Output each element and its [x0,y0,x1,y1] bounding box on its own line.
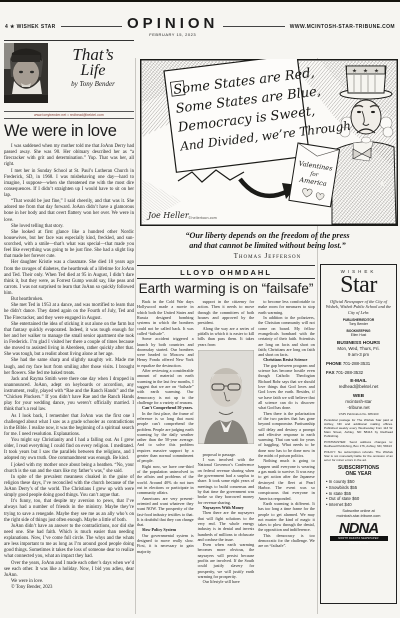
paragraph: Periodical postage for The Wishek Star p… [324,419,393,438]
paragraph: Some accident triggered a launch by both… [137,336,194,368]
tony-bender-portrait [4,43,48,103]
cartoonist-website: ©hellertoon.com [188,216,218,220]
omdahl-headline: Earth warming is on “failsafe” [137,281,315,296]
paragraph: support in the citizenry for action. The… [198,299,255,326]
hat-star-2: ★ [363,68,368,75]
omdahl-col2-bottom: proposal to passage.I was involved with … [198,452,255,585]
thats-life-title: That’s Life by Tony Bender [52,43,134,108]
paragraph: POSTMASTER: Send address changes to: Red… [324,441,393,449]
email-address: redhead@bektel.net [324,384,393,390]
fax-number: 701-288-3532 [336,370,363,375]
paragraph: Americans are very present-oriented and … [137,496,194,528]
hat-star-3: ★ [374,68,379,75]
paragraph: I met her in Sunday School at St. Paul’s… [4,169,134,200]
hat-star-1: ★ [352,68,357,75]
cartoonist-signature: Joe Heller [146,211,190,220]
paragraph: Our lifestyle will have [198,579,255,584]
publisher-name: Tony Bender [324,322,393,326]
paragraph: Even when earth warming becomes more obv… [198,542,255,579]
sidebar-official-text: Official Newspaper of the City of Wishek… [324,299,393,315]
paragraph: I joked with my mother once about being … [4,463,134,475]
paragraph: In the first place, the frame of referen… [137,411,194,464]
fine-print-block: Periodical postage for The Wishek Star p… [324,419,393,463]
paragraph: Jack and Rayma Smith were there one day … [4,377,134,414]
author-contact-line: www.tonybender.net • redhead@bektel.com [4,111,134,119]
title-line-1: That’s [52,47,134,63]
paragraph: • Internet $40 [326,502,393,508]
issue-date: FEBRUARY 15, 2023 [127,33,218,37]
masthead-rule-left [61,26,122,27]
section-title: OPINION [127,16,218,31]
paragraph: Christians Resist Science [258,357,315,362]
thats-life-body: I was saddened when my mother told me th… [4,144,134,591]
phone-number: 701-288-3531 [343,361,370,366]
subscription-rates-list: • In county $50• Snowbirds $55• In state… [324,479,393,508]
paragraph: She entertained the idea of sticking it … [4,322,134,359]
paragraph: I was saddened when my mother told me th… [4,144,134,169]
business-hours-time: 9 am-3 pm [324,352,393,358]
omdahl-article: LLOYD OHMDAHL Earth warming is on “fails… [137,265,315,585]
valentines-for-america-card: Valentines for America [289,143,340,207]
paragraph: In spite of the prevalent meanness cloak… [4,475,134,500]
paragraph: You might say Christianity and I had a f… [4,438,134,463]
paragraph: JoAnn didn’t have an answer to the contr… [4,524,134,561]
quote-attribution: Thomas Jefferson [137,253,398,261]
paragraph: Nothing much is going to happen until ev… [258,458,315,501]
editorial-cartoon: ★ ★ ★ ★ Some States are Red, Some States… [140,59,398,226]
thats-life-column: That’s Life by Tony Bender www.tonybende… [4,40,134,591]
quote-line-1: “Our liberty depends on the freedom of t… [137,231,398,241]
column-divider-left [135,58,136,614]
jefferson-quote: “Our liberty depends on the freedom of t… [137,231,398,261]
newspaper-opinion-page: { "colors": { "ink": "#1c1c1c", "paper":… [0,0,400,618]
thats-life-header: That’s Life by Tony Bender [4,40,134,108]
phone-label: PHONE [326,361,342,366]
page-masthead: 4 ★ WISHEK STAR OPINION FEBRUARY 15, 202… [5,16,395,37]
paragraph: “That would be just fine,” I said cheeri… [4,199,134,224]
paragraph: It’s funny, too, that despite my aversio… [4,499,134,524]
usps-number: USPS Publication No. 688-960 [324,412,393,416]
paragraph: Back in the Cold War days Hollywood made… [137,299,194,336]
paragraph: to become less comfortable to make room … [258,299,315,315]
paragraph: I was involved with the National Governo… [198,457,255,505]
fax-label: FAX [326,370,335,375]
thats-life-headline: We were in love [4,122,134,141]
omdahl-col2-top: support in the citizenry for action. The… [198,299,255,347]
paragraph: In addition to the polarizers, the Chris… [258,315,315,358]
website-label: WWW.MCINTOSH-STAR-TRIBUNE.COM [290,24,395,30]
title-line-2: Life [52,63,134,78]
paragraph: She looked at first glance like a hundre… [4,230,134,261]
paragraph: After reviewing a considerable amount of… [137,368,194,405]
paragraph: As I look back, I remember that JoAnn wa… [4,414,134,439]
newspaper-info-box: WISHEK Star Official Newspaper of the Ci… [320,264,397,604]
ndna-logo: NDNA NORTH DAKOTA NEWSPAPER ASSOCIATION [330,522,388,541]
paragraph: Over the years, JoAnn and I made each ot… [4,561,134,579]
ndna-logo-bar: NORTH DAKOTA NEWSPAPER ASSOCIATION [330,536,388,541]
bookkeeper-name: Ellen Hust [324,333,393,337]
page-number-label: 4 ★ WISHEK STAR [5,24,56,30]
omdahl-columns: Back in the Cold War days Hollywood made… [137,299,315,585]
paragraph: Our governmental system is designed to m… [137,533,194,554]
paragraph: She had the same sharp and slightly naug… [4,358,134,376]
quote-line-2: and that cannot be limited without being… [137,241,398,251]
paragraph: Earth warming is different. It has too l… [258,501,315,533]
paragraph: Then there are the naysayers that will f… [198,510,255,542]
paragraph: She met Ted in 1953 at a dance, and was … [4,303,134,321]
paragraph: Along the way are a series of pitfalls i… [198,326,255,347]
cartoon-drawing: ★ ★ ★ ★ Some States are Red, Some States… [140,59,398,226]
paragraph: POLICY: No subscription refunds. The Wis… [324,451,393,463]
masthead-rule-right [223,26,284,27]
lloyd-omdahl-photo [198,350,254,444]
ndna-logo-text: NDNA [330,522,388,536]
paragraph: © Tony Bender, 2023 [4,585,134,591]
paragraph: Right now, we have one-third of the popu… [137,464,194,496]
paragraph: The gap between program and science has … [258,363,315,411]
omdahl-column-1: Back in the Cold War days Hollywood made… [137,299,194,585]
omdahl-column-2: support in the citizenry for action. The… [198,299,255,585]
paragraph: This democracy is too democratic for the… [258,533,315,549]
column-byline: by Tony Bender [52,81,134,88]
section-title-block: OPINION FEBRUARY 15, 2023 [127,16,218,37]
subscriptions-heading-2: ONE YEAR [324,472,393,478]
sidebar-paper-name: Star [324,274,393,297]
paragraph: Can’t Comprehend 50 years. [137,405,194,410]
omdahl-column-3: to become less comfortable to make room … [258,299,315,585]
phone-row: PHONE 701-288-3531 [324,361,393,366]
omdahl-byline: LLOYD OHMDAHL [137,265,315,279]
paragraph: Her daughter Kristie was a classmate. Sh… [4,260,134,297]
web-address-line2: -tribune.net [324,405,393,411]
tony-bender-photo [4,43,48,108]
lapel-star: ★ [378,179,387,190]
paragraph: Then there is the polarization of the tw… [258,411,315,459]
subscribe-online-line2: mcintosh-star-tribune.com [324,514,393,519]
fax-row: FAX 701-288-3532 [324,370,393,375]
